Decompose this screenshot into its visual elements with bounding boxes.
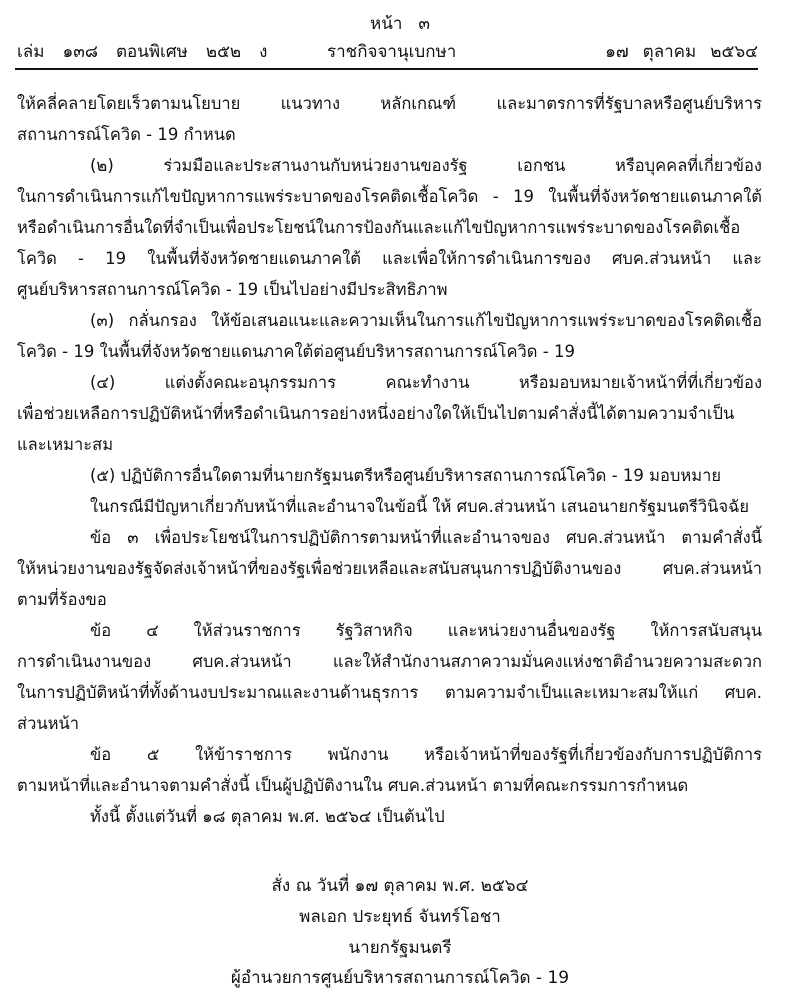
date-year: ๒๕๖๔: [710, 42, 758, 62]
page-number-label: หน้า๓: [0, 10, 800, 37]
date-month: ตุลาคม: [643, 42, 697, 62]
section-number: ๒๕๒: [206, 42, 241, 62]
signatory-name: พลเอก ประยุทธ์ จันทร์โอชา: [0, 903, 800, 930]
gazette-volume-info: เล่ม๑๓๘ตอนพิเศษ๒๕๒ง: [17, 38, 285, 65]
document-line: สถานการณ์โควิด - 19 กำหนด: [17, 119, 762, 150]
document-line: (๓) กลั่นกรอง ให้ข้อเสนอแนะและความเห็นใน…: [17, 305, 762, 336]
publication-date: ๑๗ตุลาคม๒๕๖๔: [591, 38, 758, 65]
page-number: ๓: [418, 14, 430, 34]
section-label: ตอนพิเศษ: [116, 42, 188, 62]
document-line: ในการปฏิบัติหน้าที่ทั้งด้านงบประมาณและงา…: [17, 677, 762, 708]
date-day: ๑๗: [605, 42, 629, 62]
document-line: ส่วนหน้า: [17, 708, 762, 739]
document-line: โควิด - 19 ในพื้นที่จังหวัดชายแดนภาคใต้ต…: [17, 336, 762, 367]
document-line: โควิด - 19 ในพื้นที่จังหวัดชายแดนภาคใต้ …: [17, 243, 762, 274]
volume-number: ๑๓๘: [62, 42, 98, 62]
section-type: ง: [259, 42, 267, 62]
document-body: ให้คลี่คลายโดยเร็วตามนโยบาย แนวทาง หลักเ…: [17, 88, 762, 832]
document-line: การดำเนินงานของ ศบค.ส่วนหน้า และให้สำนัก…: [17, 646, 762, 677]
header-divider: [15, 68, 758, 70]
document-line: ศูนย์บริหารสถานการณ์โควิด - 19 เป็นไปอย่…: [17, 274, 762, 305]
page-label: หน้า: [370, 14, 402, 34]
signatory-position: นายกรัฐมนตรี: [0, 934, 800, 961]
document-line: และเหมาะสม: [17, 429, 762, 460]
document-line: ให้คลี่คลายโดยเร็วตามนโยบาย แนวทาง หลักเ…: [17, 88, 762, 119]
document-line: ทั้งนี้ ตั้งแต่วันที่ ๑๘ ตุลาคม พ.ศ. ๒๕๖…: [17, 801, 762, 832]
gazette-header: เล่ม๑๓๘ตอนพิเศษ๒๕๒ง ราชกิจจานุเบกษา ๑๗ตุ…: [17, 38, 758, 62]
document-line: หรือดำเนินการอื่นใดที่จำเป็นเพื่อประโยชน…: [17, 212, 762, 243]
document-line: ข้อ ๓ เพื่อประโยชน์ในการปฏิบัติการตามหน้…: [17, 522, 762, 553]
document-line: ข้อ ๕ ให้ข้าราชการ พนักงาน หรือเจ้าหน้าท…: [17, 739, 762, 770]
document-line: ตามที่ร้องขอ: [17, 584, 762, 615]
volume-label: เล่ม: [17, 42, 44, 62]
document-line: เพื่อช่วยเหลือการปฏิบัติหน้าที่หรือดำเนิ…: [17, 398, 762, 429]
document-line: ตามหน้าที่และอำนาจตามคำสั่งนี้ เป็นผู้ปฏ…: [17, 770, 762, 801]
signatory-role: ผู้อำนวยการศูนย์บริหารสถานการณ์โควิด - 1…: [0, 964, 800, 991]
order-date: สั่ง ณ วันที่ ๑๗ ตุลาคม พ.ศ. ๒๕๖๔: [0, 872, 800, 899]
publication-name: ราชกิจจานุเบกษา: [327, 38, 456, 65]
document-line: ข้อ ๔ ให้ส่วนราชการ รัฐวิสาหกิจ และหน่วย…: [17, 615, 762, 646]
document-line: ในกรณีมีปัญหาเกี่ยวกับหน้าที่และอำนาจในข…: [17, 491, 762, 522]
document-line: (๕) ปฏิบัติการอื่นใดตามที่นายกรัฐมนตรีหร…: [17, 460, 762, 491]
document-line: (๒) ร่วมมือและประสานงานกับหน่วยงานของรัฐ…: [17, 150, 762, 181]
document-line: (๔) แต่งตั้งคณะอนุกรรมการ คณะทำงาน หรือม…: [17, 367, 762, 398]
document-line: ให้หน่วยงานของรัฐจัดส่งเจ้าหน้าที่ของรัฐ…: [17, 553, 762, 584]
document-line: ในการดำเนินการแก้ไขปัญหาการแพร่ระบาดของโ…: [17, 181, 762, 212]
